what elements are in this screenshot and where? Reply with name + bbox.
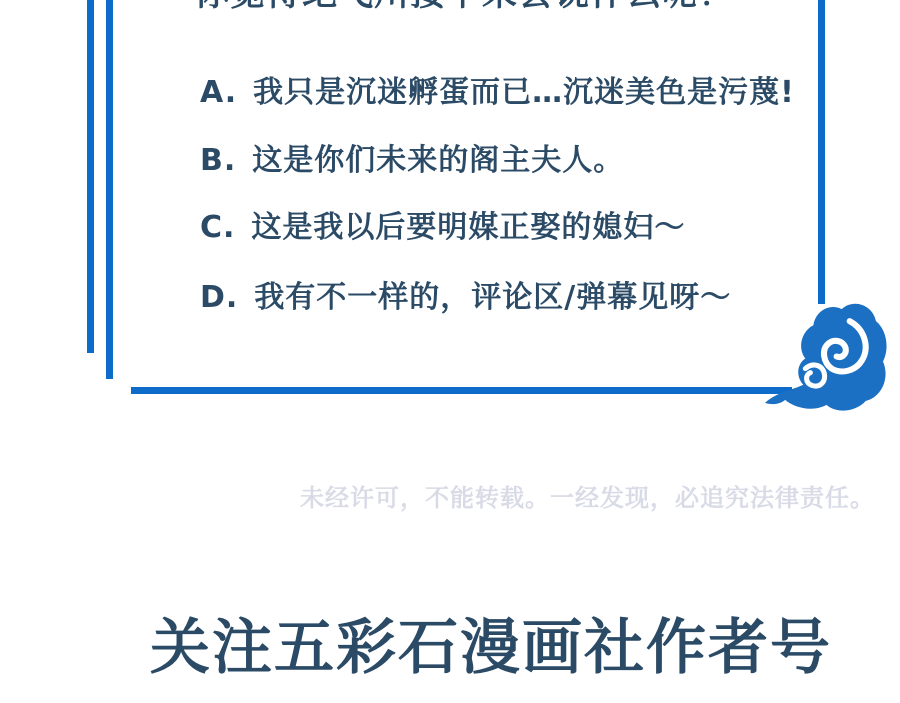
auspicious-cloud-icon xyxy=(762,300,890,416)
quiz-box-right-line xyxy=(818,0,825,304)
option-c-label: C. xyxy=(200,211,235,244)
option-a-text: 我只是沉迷孵蛋而已…沉迷美色是污蔑! xyxy=(253,76,795,109)
option-d-label: D. xyxy=(200,281,238,314)
option-b-text: 这是你们未来的阁主夫人。 xyxy=(252,144,624,177)
quiz-option-a: A. 我只是沉迷孵蛋而已…沉迷美色是污蔑! xyxy=(200,76,795,109)
footer-title: 关注五彩石漫画社作者号 xyxy=(150,612,832,684)
option-d-text: 我有不一样的，评论区/弹幕见呀～ xyxy=(254,281,731,314)
option-c-text: 这是我以后要明媒正娶的媳妇～ xyxy=(251,211,685,244)
quiz-option-d: D. 我有不一样的，评论区/弹幕见呀～ xyxy=(200,281,731,314)
option-b-label: B. xyxy=(200,144,236,177)
copyright-notice: 未经许可，不能转载。一经发现，必追究法律责任。 xyxy=(300,478,875,513)
quiz-box-left-outer-line xyxy=(87,0,94,353)
quiz-box-bottom-line xyxy=(131,387,792,394)
option-a-label: A. xyxy=(200,76,237,109)
quiz-option-c: C. 这是我以后要明媒正娶的媳妇～ xyxy=(200,211,685,244)
comic-quiz-page: 你觉得纪飞川接下来会说什么呢！ A. 我只是沉迷孵蛋而已…沉迷美色是污蔑! B.… xyxy=(0,0,900,703)
question-text-clipped: 你觉得纪飞川接下来会说什么呢！ xyxy=(194,0,734,12)
quiz-option-b: B. 这是你们未来的阁主夫人。 xyxy=(200,144,624,177)
quiz-box-left-inner-line xyxy=(106,0,113,379)
